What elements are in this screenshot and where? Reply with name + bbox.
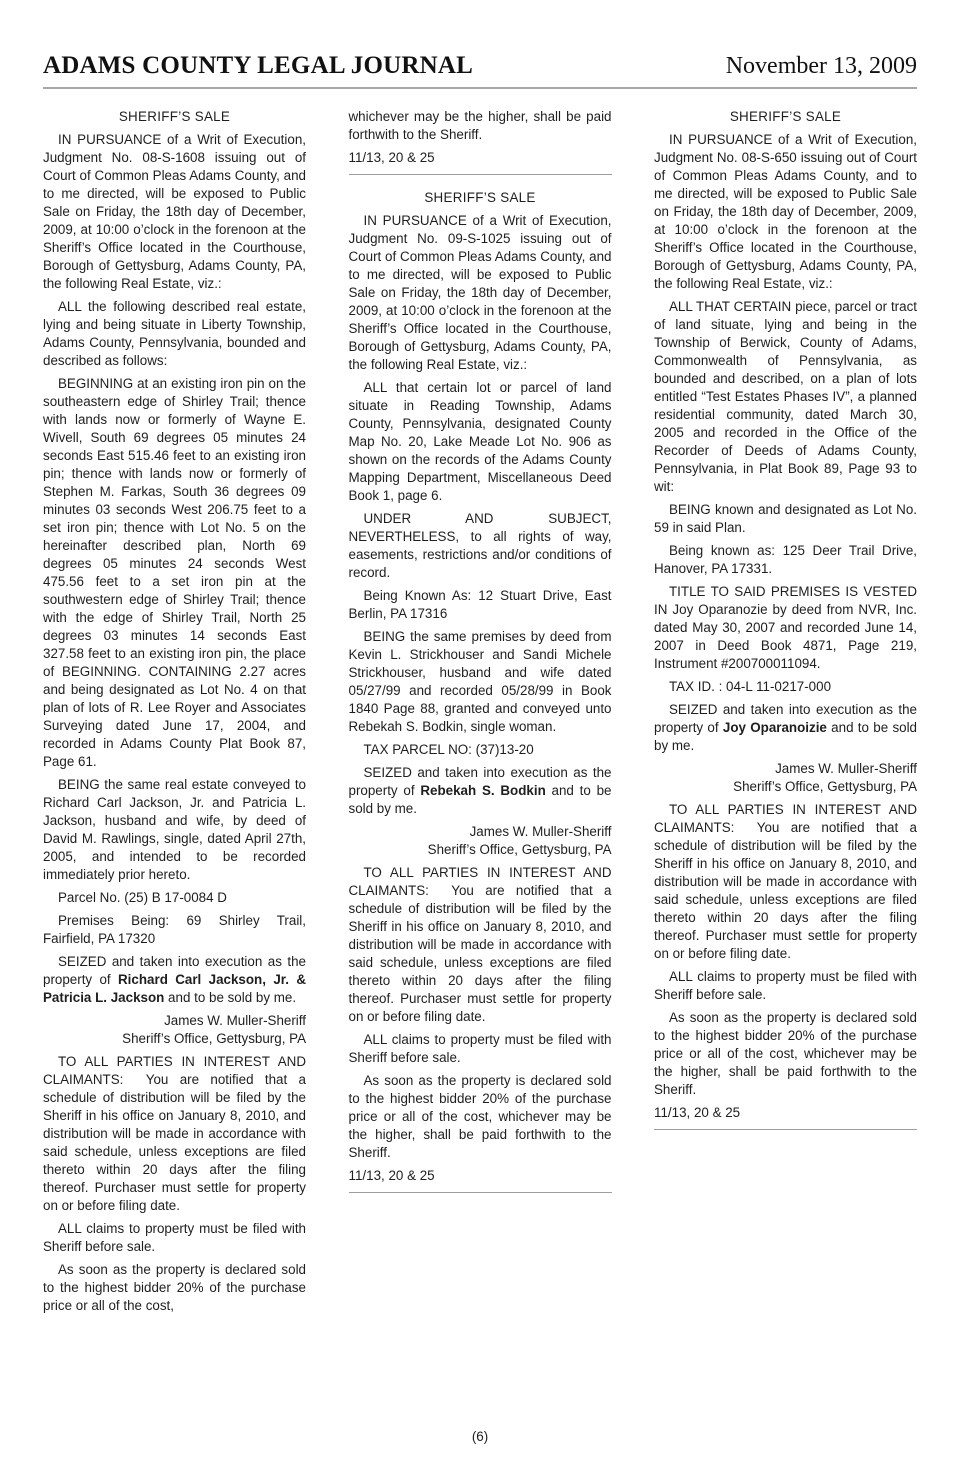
sheriff-signature: James W. Muller-SheriffSheriff’s Office,… (43, 1012, 306, 1048)
column-1: SHERIFF’S SALEIN PURSUANCE of a Writ of … (43, 108, 306, 1320)
notice-paragraph: TAX ID. : 04-L 11-0217-000 (654, 678, 917, 696)
text-run: As soon as the property is declared sold… (43, 1262, 306, 1313)
text-run: TO ALL PARTIES IN INTEREST AND CLAIMANTS… (654, 802, 917, 961)
sheriff-signature: James W. Muller-SheriffSheriff’s Office,… (654, 760, 917, 796)
notice-divider (654, 1129, 917, 1130)
journal-title: ADAMS COUNTY LEGAL JOURNAL (43, 52, 473, 80)
journal-page: ADAMS COUNTY LEGAL JOURNAL November 13, … (0, 0, 960, 1320)
notice-paragraph: TO ALL PARTIES IN INTEREST AND CLAIMANTS… (43, 1053, 306, 1215)
signature-line: James W. Muller-Sheriff (349, 823, 612, 841)
signature-line: James W. Muller-Sheriff (43, 1012, 306, 1030)
content-columns: SHERIFF’S SALEIN PURSUANCE of a Writ of … (43, 108, 917, 1320)
text-run: IN PURSUANCE of a Writ of Execution, Jud… (349, 213, 612, 372)
text-run: As soon as the property is declared sold… (654, 1010, 917, 1097)
notice-paragraph: ALL claims to property must be filed wit… (349, 1031, 612, 1067)
notice-paragraph: TO ALL PARTIES IN INTEREST AND CLAIMANTS… (349, 864, 612, 1026)
masthead: ADAMS COUNTY LEGAL JOURNAL November 13, … (43, 0, 917, 80)
notice-paragraph: TAX PARCEL NO: (37)13-20 (349, 741, 612, 759)
notice-paragraph: ALL the following described real estate,… (43, 298, 306, 370)
signature-line: Sheriff’s Office, Gettysburg, PA (654, 778, 917, 796)
text-run: Being Known As: 12 Stuart Drive, East Be… (349, 588, 612, 621)
publication-dates: 11/13, 20 & 25 (349, 149, 612, 167)
text-run: Being known as: 125 Deer Trail Drive, Ha… (654, 543, 917, 576)
text-run: ALL that certain lot or parcel of land s… (349, 380, 612, 503)
notice-paragraph: As soon as the property is declared sold… (349, 1072, 612, 1162)
text-run: ALL claims to property must be filed wit… (43, 1221, 306, 1254)
text-run: TITLE TO SAID PREMISES IS VESTED IN Joy … (654, 584, 917, 671)
defendant-name: Joy Oparanoizie (723, 720, 827, 735)
text-run: Parcel No. (25) B 17-0084 D (58, 890, 227, 905)
notice-paragraph: As soon as the property is declared sold… (654, 1009, 917, 1099)
signature-line: Sheriff’s Office, Gettysburg, PA (43, 1030, 306, 1048)
text-run: ALL claims to property must be filed wit… (654, 969, 917, 1002)
notice-divider (349, 1192, 612, 1193)
notice-paragraph: ALL THAT CERTAIN piece, parcel or tract … (654, 298, 917, 496)
text-run: As soon as the property is declared sold… (349, 1073, 612, 1160)
masthead-rule (43, 87, 917, 89)
publication-dates: 11/13, 20 & 25 (349, 1167, 612, 1185)
notice-paragraph: Premises Being: 69 Shirley Trail, Fairfi… (43, 912, 306, 948)
notice-paragraph: SEIZED and taken into execution as the p… (654, 701, 917, 755)
text-run: TAX PARCEL NO: (37)13-20 (364, 742, 534, 757)
signature-line: Sheriff’s Office, Gettysburg, PA (349, 841, 612, 859)
text-run: ALL the following described real estate,… (43, 299, 306, 368)
notice-paragraph: ALL that certain lot or parcel of land s… (349, 379, 612, 505)
notice-paragraph: ALL claims to property must be filed wit… (43, 1220, 306, 1256)
notice-paragraph: Parcel No. (25) B 17-0084 D (43, 889, 306, 907)
text-run: TO ALL PARTIES IN INTEREST AND CLAIMANTS… (43, 1054, 306, 1213)
column-2: whichever may be the higher, shall be pa… (349, 108, 612, 1320)
notice-paragraph: Being known as: 125 Deer Trail Drive, Ha… (654, 542, 917, 578)
notice-paragraph: SEIZED and taken into execution as the p… (349, 764, 612, 818)
page: { "header": { "title": "ADAMS COUNTY LEG… (0, 0, 960, 1483)
sheriff-signature: James W. Muller-SheriffSheriff’s Office,… (349, 823, 612, 859)
notice-paragraph: ALL claims to property must be filed wit… (654, 968, 917, 1004)
text-run: ALL THAT CERTAIN piece, parcel or tract … (654, 299, 917, 494)
text-run: BEING known and designated as Lot No. 59… (654, 502, 917, 535)
text-run: whichever may be the higher, shall be pa… (349, 109, 612, 142)
notice-paragraph: Being Known As: 12 Stuart Drive, East Be… (349, 587, 612, 623)
defendant-name: Rebekah S. Bodkin (420, 783, 545, 798)
page-number: (6) (0, 1429, 960, 1444)
notice-paragraph: IN PURSUANCE of a Writ of Execution, Jud… (654, 131, 917, 293)
notice-paragraph: TITLE TO SAID PREMISES IS VESTED IN Joy … (654, 583, 917, 673)
notice-paragraph: BEING known and designated as Lot No. 59… (654, 501, 917, 537)
notice-paragraph: IN PURSUANCE of a Writ of Execution, Jud… (43, 131, 306, 293)
text-run: and to be sold by me. (164, 990, 296, 1005)
text-run: Premises Being: 69 Shirley Trail, Fairfi… (43, 913, 306, 946)
text-run: IN PURSUANCE of a Writ of Execution, Jud… (654, 132, 917, 291)
text-run: BEING the same premises by deed from Kev… (349, 629, 612, 734)
notice-paragraph: IN PURSUANCE of a Writ of Execution, Jud… (349, 212, 612, 374)
notice-heading: SHERIFF’S SALE (654, 108, 917, 126)
notice-paragraph: whichever may be the higher, shall be pa… (349, 108, 612, 144)
notice-paragraph: UNDER AND SUBJECT, NEVERTHELESS, to all … (349, 510, 612, 582)
signature-line: James W. Muller-Sheriff (654, 760, 917, 778)
notice-paragraph: As soon as the property is declared sold… (43, 1261, 306, 1315)
notice-paragraph: TO ALL PARTIES IN INTEREST AND CLAIMANTS… (654, 801, 917, 963)
text-run: IN PURSUANCE of a Writ of Execution, Jud… (43, 132, 306, 291)
notice-paragraph: BEING the same real estate conveyed to R… (43, 776, 306, 884)
issue-date: November 13, 2009 (726, 53, 917, 80)
text-run: ALL claims to property must be filed wit… (349, 1032, 612, 1065)
publication-dates: 11/13, 20 & 25 (654, 1104, 917, 1122)
text-run: BEGINNING at an existing iron pin on the… (43, 376, 306, 769)
notice-divider (349, 174, 612, 175)
notice-paragraph: SEIZED and taken into execution as the p… (43, 953, 306, 1007)
text-run: TAX ID. : 04-L 11-0217-000 (669, 679, 831, 694)
text-run: TO ALL PARTIES IN INTEREST AND CLAIMANTS… (349, 865, 612, 1024)
text-run: BEING the same real estate conveyed to R… (43, 777, 306, 882)
column-3: SHERIFF’S SALEIN PURSUANCE of a Writ of … (654, 108, 917, 1320)
text-run: UNDER AND SUBJECT, NEVERTHELESS, to all … (349, 511, 612, 580)
notice-heading: SHERIFF’S SALE (349, 189, 612, 207)
notice-heading: SHERIFF’S SALE (43, 108, 306, 126)
notice-paragraph: BEING the same premises by deed from Kev… (349, 628, 612, 736)
notice-paragraph: BEGINNING at an existing iron pin on the… (43, 375, 306, 771)
